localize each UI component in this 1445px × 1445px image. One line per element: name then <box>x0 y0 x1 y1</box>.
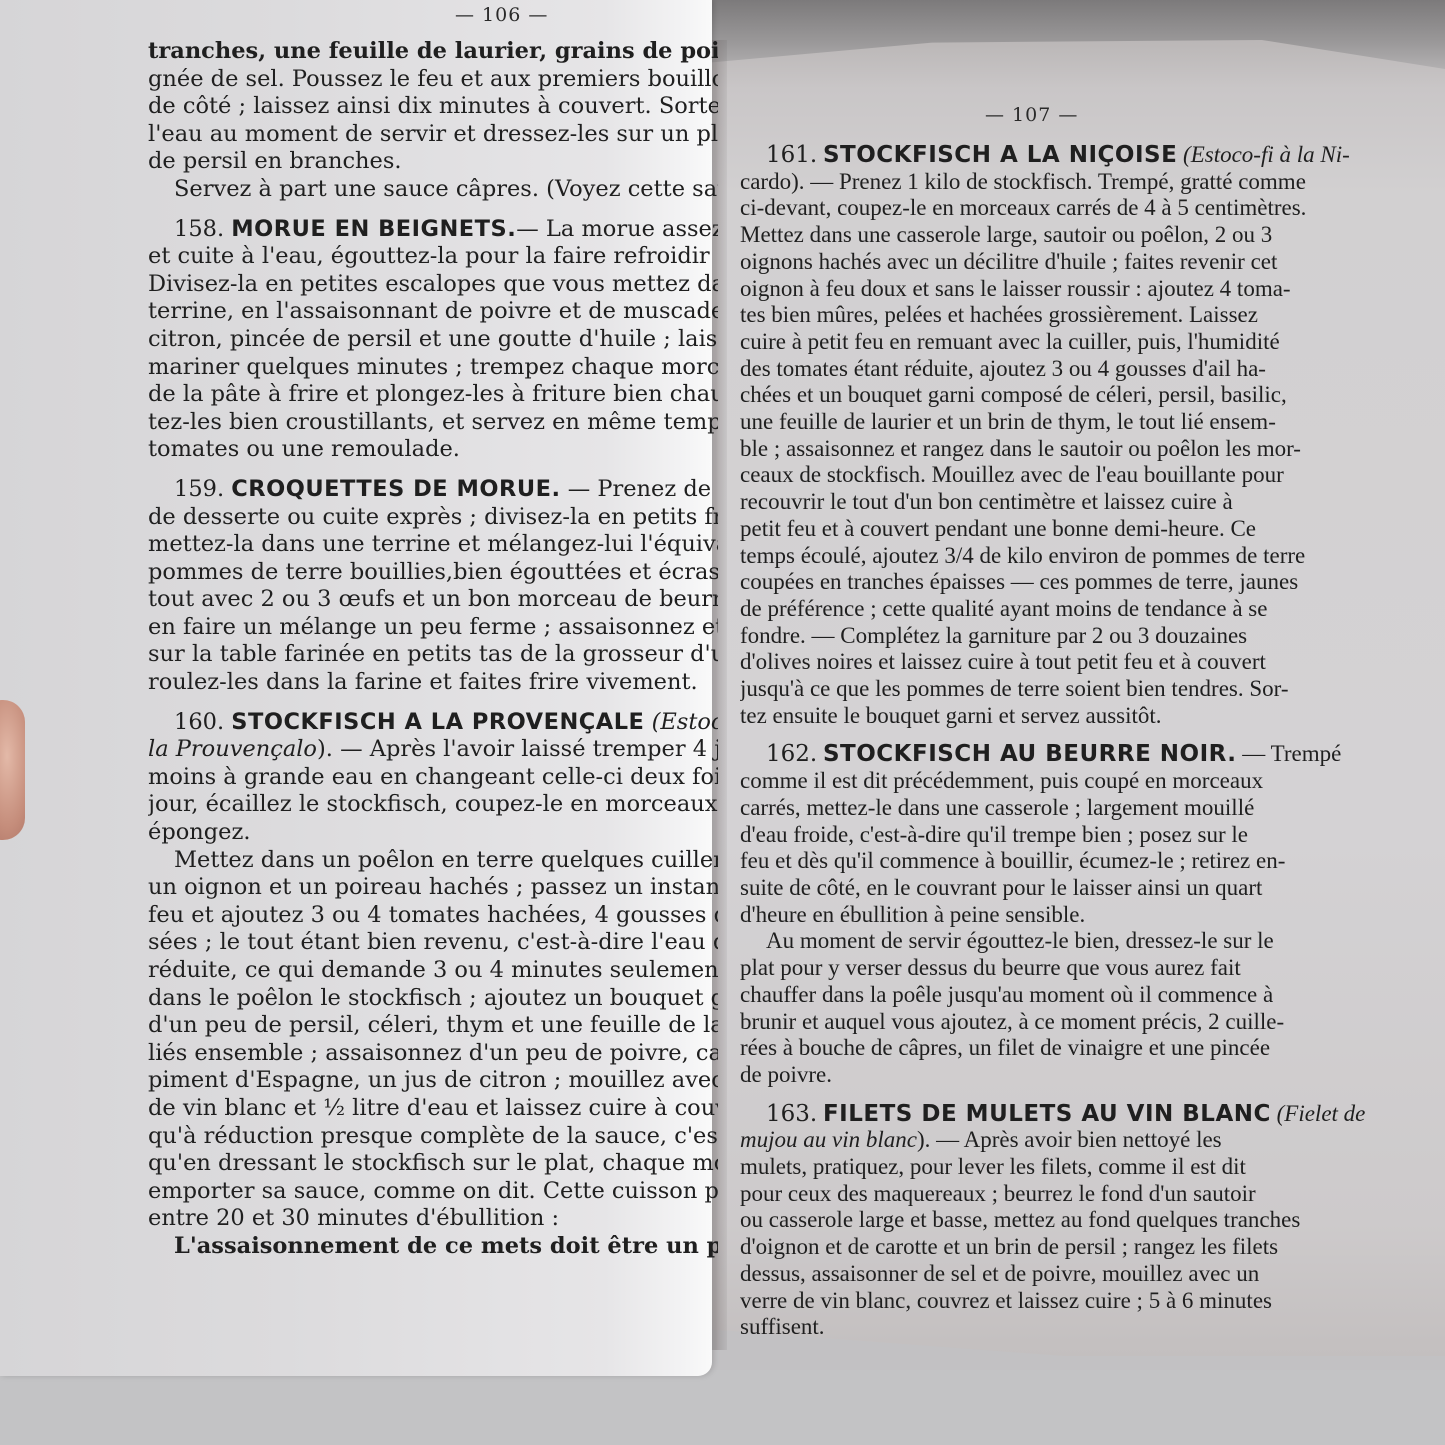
recipe-title: FILETS DE MULETS AU VIN BLANC <box>823 1101 1271 1127</box>
recipe-heading-160: 160. STOCKFISCH A LA PROVENÇALE (Estoco-… <box>148 709 718 737</box>
recipe-heading-161: 161. STOCKFISCH A LA NIÇOISE (Estoco-fi … <box>740 142 1390 169</box>
thumb-holding-book <box>0 700 25 840</box>
recipe-title: MORUE EN BEIGNETS. <box>231 216 516 242</box>
text-line: d'eau froide, c'est-à-dire qu'il trempe … <box>740 822 1390 849</box>
text-line: comme il est dit précédemment, puis coup… <box>740 768 1390 795</box>
text-line: carrés, mettez-le dans une casserole ; l… <box>740 795 1390 822</box>
text-line: réduite, ce qui demande 3 ou 4 minutes s… <box>148 957 718 985</box>
text-line: dessus, assaisonner de sel et de poivre,… <box>740 1261 1390 1288</box>
text-line: terrine, en l'assaisonnant de poivre et … <box>148 298 718 326</box>
text-line: pour ceux des maquereaux ; beurrez le fo… <box>740 1181 1390 1208</box>
text-line: tranches, une feuille de laurier, grains… <box>148 38 718 66</box>
text-line: tomates ou une remoulade. <box>148 436 718 464</box>
text-line: ou casserole large et basse, mettez au f… <box>740 1207 1390 1234</box>
text-line: en faire un mélange un peu ferme ; assai… <box>148 614 718 642</box>
text-line: chées et un bouquet garni composé de cél… <box>740 382 1390 409</box>
recipe-title: CROQUETTES DE MORUE. <box>231 476 560 502</box>
recipe-heading-162: 162. STOCKFISCH AU BEURRE NOIR. — Trempé <box>740 741 1390 768</box>
text-line: Servez à part une sauce câpres. (Voyez c… <box>148 176 718 204</box>
text-line: la Prouvençalo). — Après l'avoir laissé … <box>148 736 718 764</box>
recipe-heading-158: 158. MORUE EN BEIGNETS.— La morue assez … <box>148 216 718 244</box>
text-line: moins à grande eau en changeant celle-ci… <box>148 764 718 792</box>
text-line: un oignon et un poireau hachés ; passez … <box>148 874 718 902</box>
text-line: roulez-les dans la farine et faites frir… <box>148 669 718 697</box>
text-line: d'heure en ébullition à peine sensible. <box>740 902 1390 929</box>
text-line: tez ensuite le bouquet garni et servez a… <box>740 703 1390 730</box>
text-line: verre de vin blanc, couvrez et laissez c… <box>740 1288 1390 1315</box>
text-line: mariner quelques minutes ; trempez chaqu… <box>148 354 718 382</box>
left-page-text: tranches, une feuille de laurier, grains… <box>148 38 718 1261</box>
text-line: de côté ; laissez ainsi dix minutes à co… <box>148 93 718 121</box>
text-line: d'un peu de persil, céleri, thym et une … <box>148 1012 718 1040</box>
text-line: d'oignon et de carotte et un brin de per… <box>740 1234 1390 1261</box>
text-line: gnée de sel. Poussez le feu et aux premi… <box>148 66 718 94</box>
text-line: coupées en tranches épaisses — ces pomme… <box>740 569 1390 596</box>
text-line: cuire à petit feu en remuant avec la cui… <box>740 329 1390 356</box>
text-line: ci-devant, coupez-le en morceaux carrés … <box>740 195 1390 222</box>
text-line: pommes de terre bouillies,bien égouttées… <box>148 559 718 587</box>
text-line: qu'à réduction presque complète de la sa… <box>148 1123 718 1151</box>
page-number-107: — 107 — <box>985 104 1078 126</box>
text-line: tout avec 2 ou 3 œufs et un bon morceau … <box>148 586 718 614</box>
text-line: mulets, pratiquez, pour lever les filets… <box>740 1154 1390 1181</box>
text-line: une feuille de laurier et un brin de thy… <box>740 409 1390 436</box>
text-line: qu'en dressant le stockfisch sur le plat… <box>148 1150 718 1178</box>
text-line: de la pâte à frire et plongez-les à frit… <box>148 381 718 409</box>
text-line: jusqu'à ce que les pommes de terre soien… <box>740 676 1390 703</box>
text-line: épongez. <box>148 819 718 847</box>
text-line: tez-les bien croustillants, et servez en… <box>148 409 718 437</box>
text-line: sées ; le tout étant bien revenu, c'est-… <box>148 929 718 957</box>
text-line: de desserte ou cuite exprès ; divisez-la… <box>148 504 718 532</box>
text-line: Mettez dans un poêlon en terre quelques … <box>148 847 718 875</box>
text-line: cardo). — Prenez 1 kilo de stockfisch. T… <box>740 169 1390 196</box>
text-line: petit feu et à couvert pendant une bonne… <box>740 516 1390 543</box>
text-line: l'eau au moment de servir et dressez-les… <box>148 121 718 149</box>
text-line: feu et ajoutez 3 ou 4 tomates hachées, 4… <box>148 902 718 930</box>
book-photo: — 106 — — 107 — tranches, une feuille de… <box>0 0 1445 1445</box>
text-line: et cuite à l'eau, égouttez-la pour la fa… <box>148 243 718 271</box>
text-line: mettez-la dans une terrine et mélangez-l… <box>148 531 718 559</box>
recipe-heading-163: 163. FILETS DE MULETS AU VIN BLANC (Fiel… <box>740 1101 1390 1128</box>
text-line: brunir et auquel vous ajoutez, à ce mome… <box>740 1009 1390 1036</box>
text-line: oignon à feu doux et sans le laisser rou… <box>740 276 1390 303</box>
text-line: oignons hachés avec un décilitre d'huile… <box>740 249 1390 276</box>
text-line: ble ; assaisonnez et rangez dans le saut… <box>740 436 1390 463</box>
text-line: citron, pincée de persil et une goutte d… <box>148 326 718 354</box>
text-line: rées à bouche de câpres, un filet de vin… <box>740 1035 1390 1062</box>
text-line: L'assaisonnement de ce mets doit être un… <box>148 1233 718 1261</box>
text-line: suffisent. <box>740 1314 1390 1341</box>
text-line: mujou au vin blanc). — Après avoir bien … <box>740 1127 1390 1154</box>
text-line: chauffer dans la poêle jusqu'au moment o… <box>740 982 1390 1009</box>
text-line: Mettez dans une casserole large, sautoir… <box>740 222 1390 249</box>
text-line: feu et dès qu'il commence à bouillir, éc… <box>740 848 1390 875</box>
text-line: de persil en branches. <box>148 148 718 176</box>
text-line: d'olives noires et laissez cuire à tout … <box>740 649 1390 676</box>
page-number-106: — 106 — <box>455 4 548 26</box>
recipe-title: STOCKFISCH AU BEURRE NOIR. <box>823 741 1237 767</box>
text-line: liés ensemble ; assaisonnez d'un peu de … <box>148 1040 718 1068</box>
recipe-title: STOCKFISCH A LA PROVENÇALE <box>231 709 644 735</box>
text-line: piment d'Espagne, un jus de citron ; mou… <box>148 1067 718 1095</box>
text-line: plat pour y verser dessus du beurre que … <box>740 955 1390 982</box>
text-line: fondre. — Complétez la garniture par 2 o… <box>740 623 1390 650</box>
recipe-heading-159: 159. CROQUETTES DE MORUE. — Prenez de la… <box>148 476 718 504</box>
recipe-title: STOCKFISCH A LA NIÇOISE <box>823 142 1177 168</box>
text-line: de vin blanc et ½ litre d'eau et laissez… <box>148 1095 718 1123</box>
text-line: Divisez-la en petites escalopes que vous… <box>148 271 718 299</box>
text-line: recouvrir le tout d'un bon centimètre et… <box>740 489 1390 516</box>
text-line: ceaux de stockfisch. Mouillez avec de l'… <box>740 462 1390 489</box>
text-line: des tomates étant réduite, ajoutez 3 ou … <box>740 356 1390 383</box>
table-surface <box>0 1370 1445 1445</box>
text-line: de poivre. <box>740 1062 1390 1089</box>
text-line: sur la table farinée en petits tas de la… <box>148 641 718 669</box>
text-line: tes bien mûres, pelées et hachées grossi… <box>740 302 1390 329</box>
right-page-text: 161. STOCKFISCH A LA NIÇOISE (Estoco-fi … <box>740 142 1390 1341</box>
text-line: emporter sa sauce, comme on dit. Cette c… <box>148 1178 718 1206</box>
text-line: temps écoulé, ajoutez 3/4 de kilo enviro… <box>740 543 1390 570</box>
text-line: de préférence ; cette qualité ayant moin… <box>740 596 1390 623</box>
text-line: jour, écaillez le stockfisch, coupez-le … <box>148 791 718 819</box>
text-line: dans le poêlon le stockfisch ; ajoutez u… <box>148 985 718 1013</box>
text-line: Au moment de servir égouttez-le bien, dr… <box>740 928 1390 955</box>
text-line: suite de côté, en le couvrant pour le la… <box>740 875 1390 902</box>
text-line: entre 20 et 30 minutes d'ébullition : <box>148 1205 718 1233</box>
